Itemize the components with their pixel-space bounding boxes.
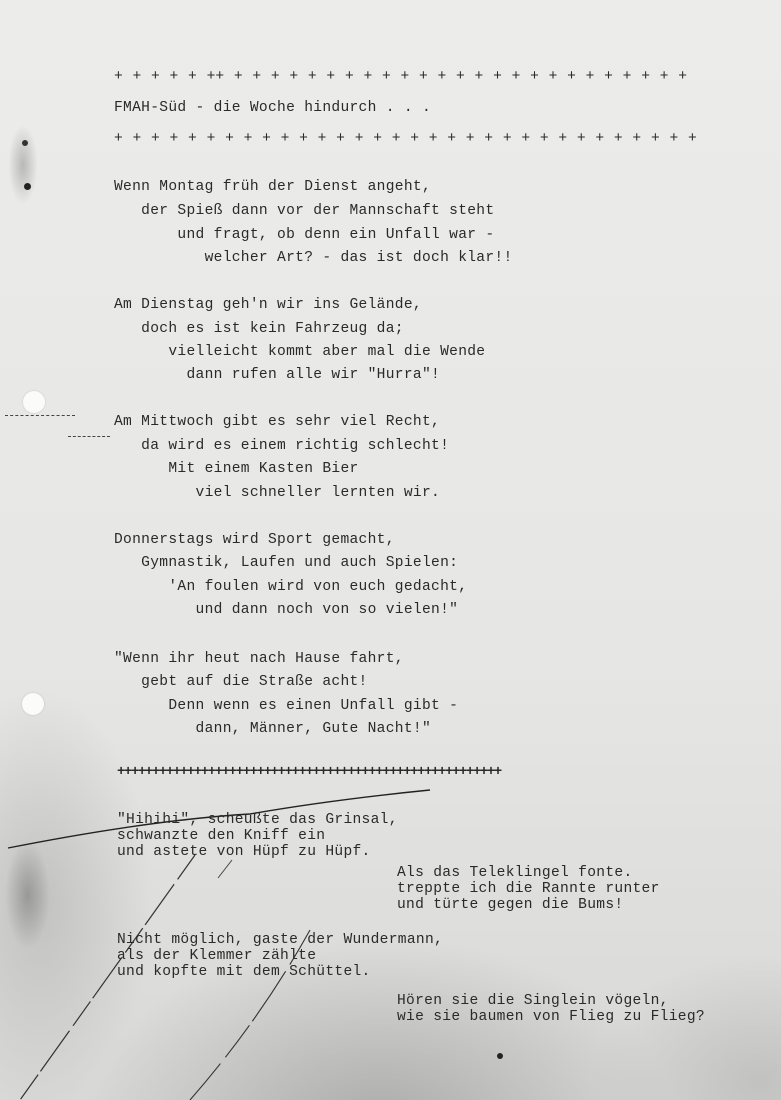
poem-line: doch es ist kein Fahrzeug da; (114, 318, 404, 341)
nonsense-line: wie sie baumen von Flieg zu Flieg? (397, 1010, 705, 1026)
poem-line: und fragt, ob denn ein Unfall war - (114, 224, 494, 247)
nonsense-line: als der Klemmer zählte (117, 949, 316, 965)
poem-line: Am Mittwoch gibt es sehr viel Recht, (114, 411, 440, 434)
poem-line: Denn wenn es einen Unfall gibt - (114, 695, 458, 718)
poem-line: da wird es einem richtig schlecht! (114, 435, 449, 458)
poem-line: Wenn Montag früh der Dienst angeht, (114, 176, 431, 199)
poem-line: dann rufen alle wir "Hurra"! (114, 364, 440, 387)
poem-line: 'An foulen wird von euch gedacht, (114, 576, 467, 599)
poem-line: dann, Männer, Gute Nacht!" (114, 718, 431, 741)
poem-line: welcher Art? - das ist doch klar!! (114, 247, 513, 270)
poem-line: viel schneller lernten wir. (114, 482, 440, 505)
nonsense-line: Hören sie die Singlein vögeln, (397, 994, 669, 1010)
poem-line: "Wenn ihr heut nach Hause fahrt, (114, 648, 404, 671)
nonsense-line: treppte ich die Rannte runter (397, 882, 660, 898)
poem-line: gebt auf die Straße acht! (114, 671, 368, 694)
poem-line: Gymnastik, Laufen und auch Spielen: (114, 552, 458, 575)
header-rule-top: + + + + + ++ + + + + + + + + + + + + + +… (114, 66, 687, 89)
nonsense-line: "Hihihi", scheußte das Grinsal, (117, 813, 398, 829)
nonsense-line: schwanzte den Kniff ein (117, 829, 325, 845)
nonsense-line: Nicht möglich, gaste der Wundermann, (117, 933, 443, 949)
poem-line: vielleicht kommt aber mal die Wende (114, 341, 485, 364)
poem-line: und dann noch von so vielen!" (114, 599, 458, 622)
divider-rule: ++++++++++++++++++++++++++++++++++++++++… (117, 762, 501, 785)
poem-line: Donnerstags wird Sport gemacht, (114, 529, 395, 552)
poem-line: der Spieß dann vor der Mannschaft steht (114, 200, 494, 223)
nonsense-line: und kopfte mit dem Schüttel. (117, 965, 371, 981)
poem-line: Mit einem Kasten Bier (114, 458, 359, 481)
nonsense-line: Als das Teleklingel fonte. (397, 866, 633, 882)
nonsense-line: und türte gegen die Bums! (397, 898, 623, 914)
nonsense-line: und astete von Hüpf zu Hüpf. (117, 845, 371, 861)
poem-line: Am Dienstag geh'n wir ins Gelände, (114, 294, 422, 317)
document-title: FMAH-Süd - die Woche hindurch . . . (114, 97, 431, 120)
header-rule-bottom: + + + + + + + + + + + + + + + + + + + + … (114, 128, 697, 151)
